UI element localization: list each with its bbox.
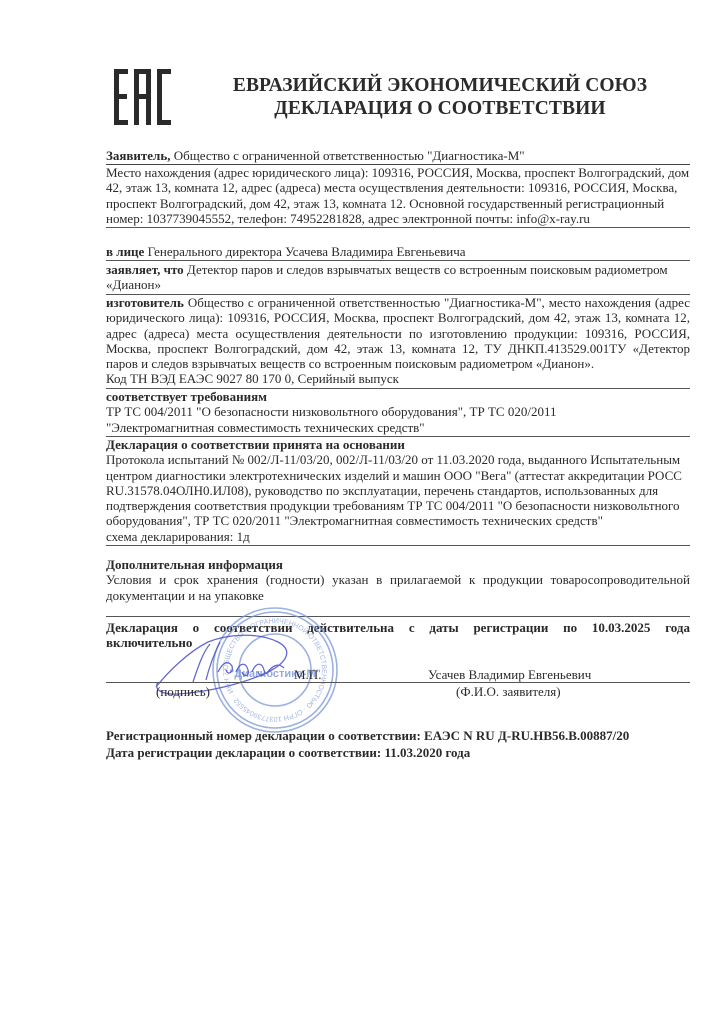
applicant-name: Усачев Владимир Евгеньевич [428,667,591,683]
manufacturer-label: изготовитель [106,295,184,310]
additional-value: Условия и срок хранения (годности) указа… [106,572,690,603]
declaration-title: ДЕКЛАРАЦИЯ О СООТВЕТСТВИИ [230,97,650,120]
requirements-value: ТР ТС 004/2011 "О безопасности низковоль… [106,404,576,435]
basis-value: Протокола испытаний № 002/Л-11/03/20, 00… [106,452,690,528]
stamp-mark: М.П. [294,667,321,683]
applicant-label: Заявитель, [106,148,170,163]
represented-label: в лице [106,244,144,259]
signature-caption: (подпись) [156,684,210,700]
signature-line [106,682,690,683]
requirements-section: соответствует требованиям ТР ТС 004/2011… [106,389,690,437]
product-name: Детектор паров и следов взрывчатых вещес… [106,262,668,292]
requirements-label: соответствует требованиям [106,389,690,404]
represented-section: в лице Генерального директора Усачева Вл… [106,244,690,261]
name-caption: (Ф.И.О. заявителя) [456,684,561,700]
declares-label: заявляет, что [106,262,184,277]
applicant-section: Заявитель, Общество с ограниченной ответ… [106,148,690,165]
declaration-scheme: схема декларирования: 1д [106,529,690,544]
registration-date: Дата регистрации декларации о соответств… [106,745,690,762]
applicant-value: Общество с ограниченной ответственностью… [170,148,524,163]
declares-section: заявляет, что Детектор паров и следов вз… [106,262,690,295]
additional-section: Дополнительная информация Условия и срок… [106,557,690,603]
registration-section: Регистрационный номер декларации о соотв… [106,728,690,761]
basis-section: Декларация о соответствии принята на осн… [106,437,690,546]
manufacturer-section: изготовитель Общество с ограниченной отв… [106,295,690,389]
eac-logo-icon [112,67,174,127]
address-section: Место нахождения (адрес юридического лиц… [106,165,690,228]
registration-number: Регистрационный номер декларации о соотв… [106,728,690,745]
additional-label: Дополнительная информация [106,557,690,572]
represented-value: Генерального директора Усачева Владимира… [144,244,465,259]
union-title: ЕВРАЗИЙСКИЙ ЭКОНОМИЧЕСКИЙ СОЮЗ [230,74,650,97]
hs-code-line: Код ТН ВЭД ЕАЭС 9027 80 170 0, Серийный … [106,371,690,386]
manufacturer-value: Общество с ограниченной ответственностью… [106,295,690,371]
document-header: ЕВРАЗИЙСКИЙ ЭКОНОМИЧЕСКИЙ СОЮЗ ДЕКЛАРАЦИ… [112,62,672,132]
applicant-address: Место нахождения (адрес юридического лиц… [106,165,690,226]
basis-label: Декларация о соответствии принята на осн… [106,437,690,452]
signature-block: М.П. Усачев Владимир Евгеньевич (подпись… [106,667,690,707]
